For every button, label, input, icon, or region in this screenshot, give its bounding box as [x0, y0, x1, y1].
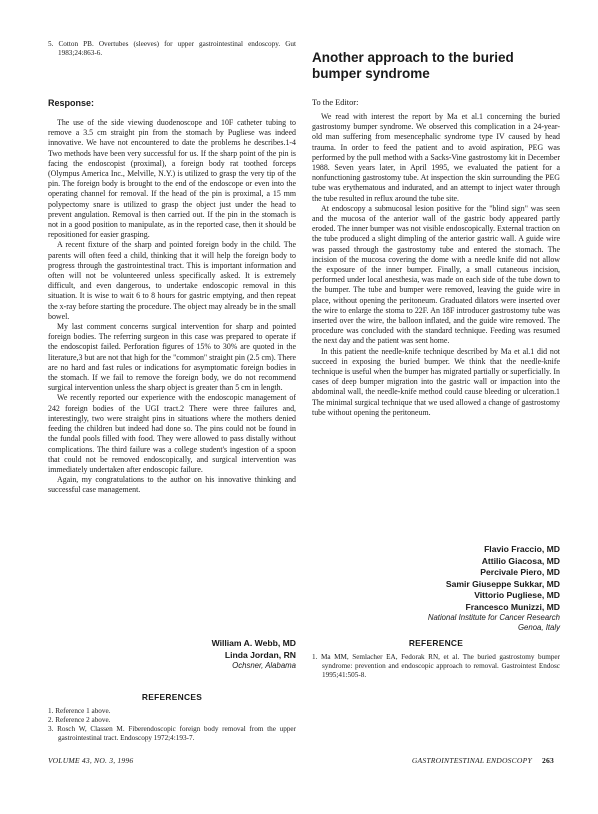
author-name: Percivale Piero, MD	[312, 567, 560, 579]
paragraph: A recent fixture of the sharp and pointe…	[48, 240, 296, 322]
reference-text: Rosch W, Classen M. Fiberendoscopic fore…	[57, 725, 296, 742]
reference-text: Reference 1 above.	[55, 707, 110, 715]
response-heading: Response:	[48, 98, 296, 108]
paragraph: We recently reported our experience with…	[48, 393, 296, 475]
author-affiliation: Ochsner, Alabama	[48, 661, 296, 671]
paragraph: In this patient the needle-knife techniq…	[312, 347, 560, 418]
author-affiliation: National Institute for Cancer Research	[312, 613, 560, 623]
reference-number: 2.	[48, 716, 53, 724]
author-name: Flavio Fraccio, MD	[312, 544, 560, 556]
author-name: Samir Giuseppe Sukkar, MD	[312, 579, 560, 591]
salutation: To the Editor:	[312, 98, 560, 108]
paragraph: The use of the side viewing duodenoscope…	[48, 118, 296, 240]
reference-text: Cotton PB. Overtubes (sleeves) for upper…	[58, 40, 296, 57]
reference-number: 1.	[312, 653, 317, 661]
paragraph: At endoscopy a submucosal lesion positiv…	[312, 204, 560, 347]
reference-number: 3.	[48, 725, 53, 733]
paragraph: We read with interest the report by Ma e…	[312, 112, 560, 204]
left-signature: William A. Webb, MD Linda Jordan, RN Och…	[48, 638, 296, 671]
paragraph: Again, my congratulations to the author …	[48, 475, 296, 495]
author-name: Vittorio Pugliese, MD	[312, 590, 560, 602]
journal-name: GASTROINTESTINAL ENDOSCOPY	[412, 756, 532, 765]
response-body: The use of the side viewing duodenoscope…	[48, 118, 296, 496]
top-reference: 5. Cotton PB. Overtubes (sleeves) for up…	[48, 40, 296, 58]
reference-number: 1.	[48, 707, 53, 715]
author-name: Linda Jordan, RN	[48, 650, 296, 662]
author-name: Francesco Munizzi, MD	[312, 602, 560, 614]
reference-item: 5. Cotton PB. Overtubes (sleeves) for up…	[48, 40, 296, 58]
author-name: Attilio Giacosa, MD	[312, 556, 560, 568]
page-number: 263	[542, 756, 554, 765]
footer-volume: VOLUME 43, NO. 3, 1996	[48, 756, 133, 765]
reference-item: 1. Reference 1 above.	[48, 707, 296, 716]
author-name: William A. Webb, MD	[48, 638, 296, 650]
references-heading: REFERENCES	[48, 692, 296, 702]
reference-item: 1. Ma MM, Semlacher EA, Fedorak RN, et a…	[312, 653, 560, 680]
reference-heading: REFERENCE	[312, 638, 560, 648]
reference-number: 5.	[48, 40, 53, 48]
right-signature: Flavio Fraccio, MD Attilio Giacosa, MD P…	[312, 544, 560, 633]
reference-item: 3. Rosch W, Classen M. Fiberendoscopic f…	[48, 725, 296, 743]
reference-text: Reference 2 above.	[55, 716, 110, 724]
reference-text: Ma MM, Semlacher EA, Fedorak RN, et al. …	[321, 653, 560, 679]
article-title: Another approach to the buried bumper sy…	[312, 50, 562, 82]
right-references: REFERENCE 1. Ma MM, Semlacher EA, Fedora…	[312, 638, 560, 680]
reference-item: 2. Reference 2 above.	[48, 716, 296, 725]
author-location: Genoa, Italy	[312, 623, 560, 633]
letter-body: We read with interest the report by Ma e…	[312, 112, 560, 418]
paragraph: My last comment concerns surgical interv…	[48, 322, 296, 393]
left-references: REFERENCES 1. Reference 1 above. 2. Refe…	[48, 692, 296, 743]
footer-journal: GASTROINTESTINAL ENDOSCOPY 263	[378, 756, 554, 765]
